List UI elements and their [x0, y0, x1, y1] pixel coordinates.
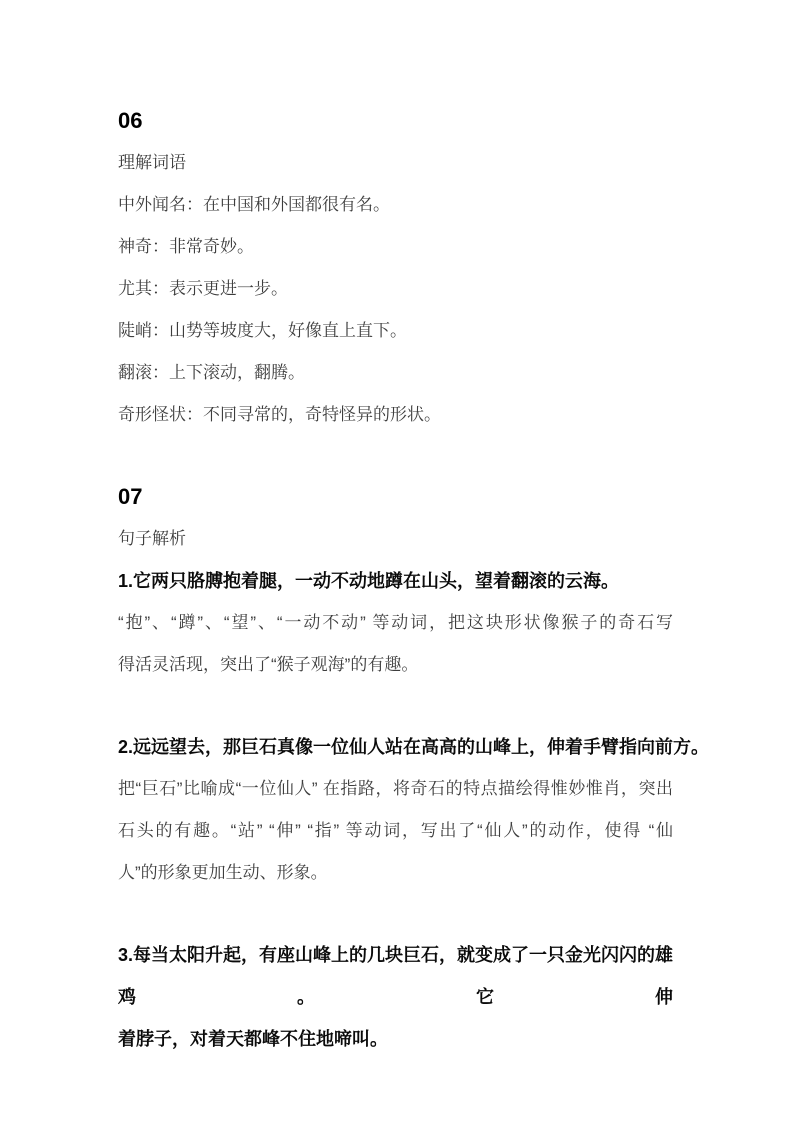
section-heading: 句子解析 — [118, 518, 673, 560]
section-word-definitions: 06 理解词语 中外闻名：在中国和外国都很有名。 神奇：非常奇妙。 尤其：表示更… — [118, 100, 673, 436]
analysis-explanation-line: 石头的有趣。“站” “伸” “指” 等动词，写出了“仙人”的动作，使得 “仙 — [118, 810, 673, 852]
analysis-explanation-line: “抱”、“蹲”、“望”、“一动不动” 等动词，把这块形状像猴子的奇石写 — [118, 602, 673, 644]
section-sentence-analysis: 07 句子解析 1.它两只胳膊抱着腿，一动不动地蹲在山头，望着翻滚的云海。 “抱… — [118, 476, 673, 1060]
paragraph-gap — [118, 894, 673, 934]
section-number: 06 — [118, 100, 673, 142]
analysis-explanation-line: 得活灵活现，突出了“猴子观海”的有趣。 — [118, 644, 673, 686]
definition-item: 陡峭：山势等坡度大，好像直上直下。 — [118, 310, 673, 352]
analysis-sentence: 1.它两只胳膊抱着腿，一动不动地蹲在山头，望着翻滚的云海。 — [118, 560, 673, 602]
analysis-explanation-line: 把“巨石”比喻成“一位仙人” 在指路，将奇石的特点描绘得惟妙惟肖，突出 — [118, 768, 673, 810]
analysis-sentence: 3.每当太阳升起，有座山峰上的几块巨石，就变成了一只金光闪闪的雄鸡。它伸 — [118, 934, 673, 1018]
analysis-sentence: 2.远远望去，那巨石真像一位仙人站在高高的山峰上，伸着手臂指向前方。 — [118, 726, 673, 768]
section-gap — [118, 436, 673, 476]
document-content: 06 理解词语 中外闻名：在中国和外国都很有名。 神奇：非常奇妙。 尤其：表示更… — [118, 100, 673, 1060]
analysis-explanation-line: 人”的形象更加生动、形象。 — [118, 852, 673, 894]
definition-item: 奇形怪状：不同寻常的，奇特怪异的形状。 — [118, 394, 673, 436]
analysis-sentence: 着脖子，对着天都峰不住地啼叫。 — [118, 1018, 673, 1060]
definition-item: 中外闻名：在中国和外国都很有名。 — [118, 184, 673, 226]
section-heading: 理解词语 — [118, 142, 673, 184]
document-page: 06 理解词语 中外闻名：在中国和外国都很有名。 神奇：非常奇妙。 尤其：表示更… — [0, 0, 793, 1122]
paragraph-gap — [118, 686, 673, 726]
definition-item: 翻滚：上下滚动，翻腾。 — [118, 352, 673, 394]
section-number: 07 — [118, 476, 673, 518]
definition-item: 尤其：表示更进一步。 — [118, 268, 673, 310]
definition-item: 神奇：非常奇妙。 — [118, 226, 673, 268]
